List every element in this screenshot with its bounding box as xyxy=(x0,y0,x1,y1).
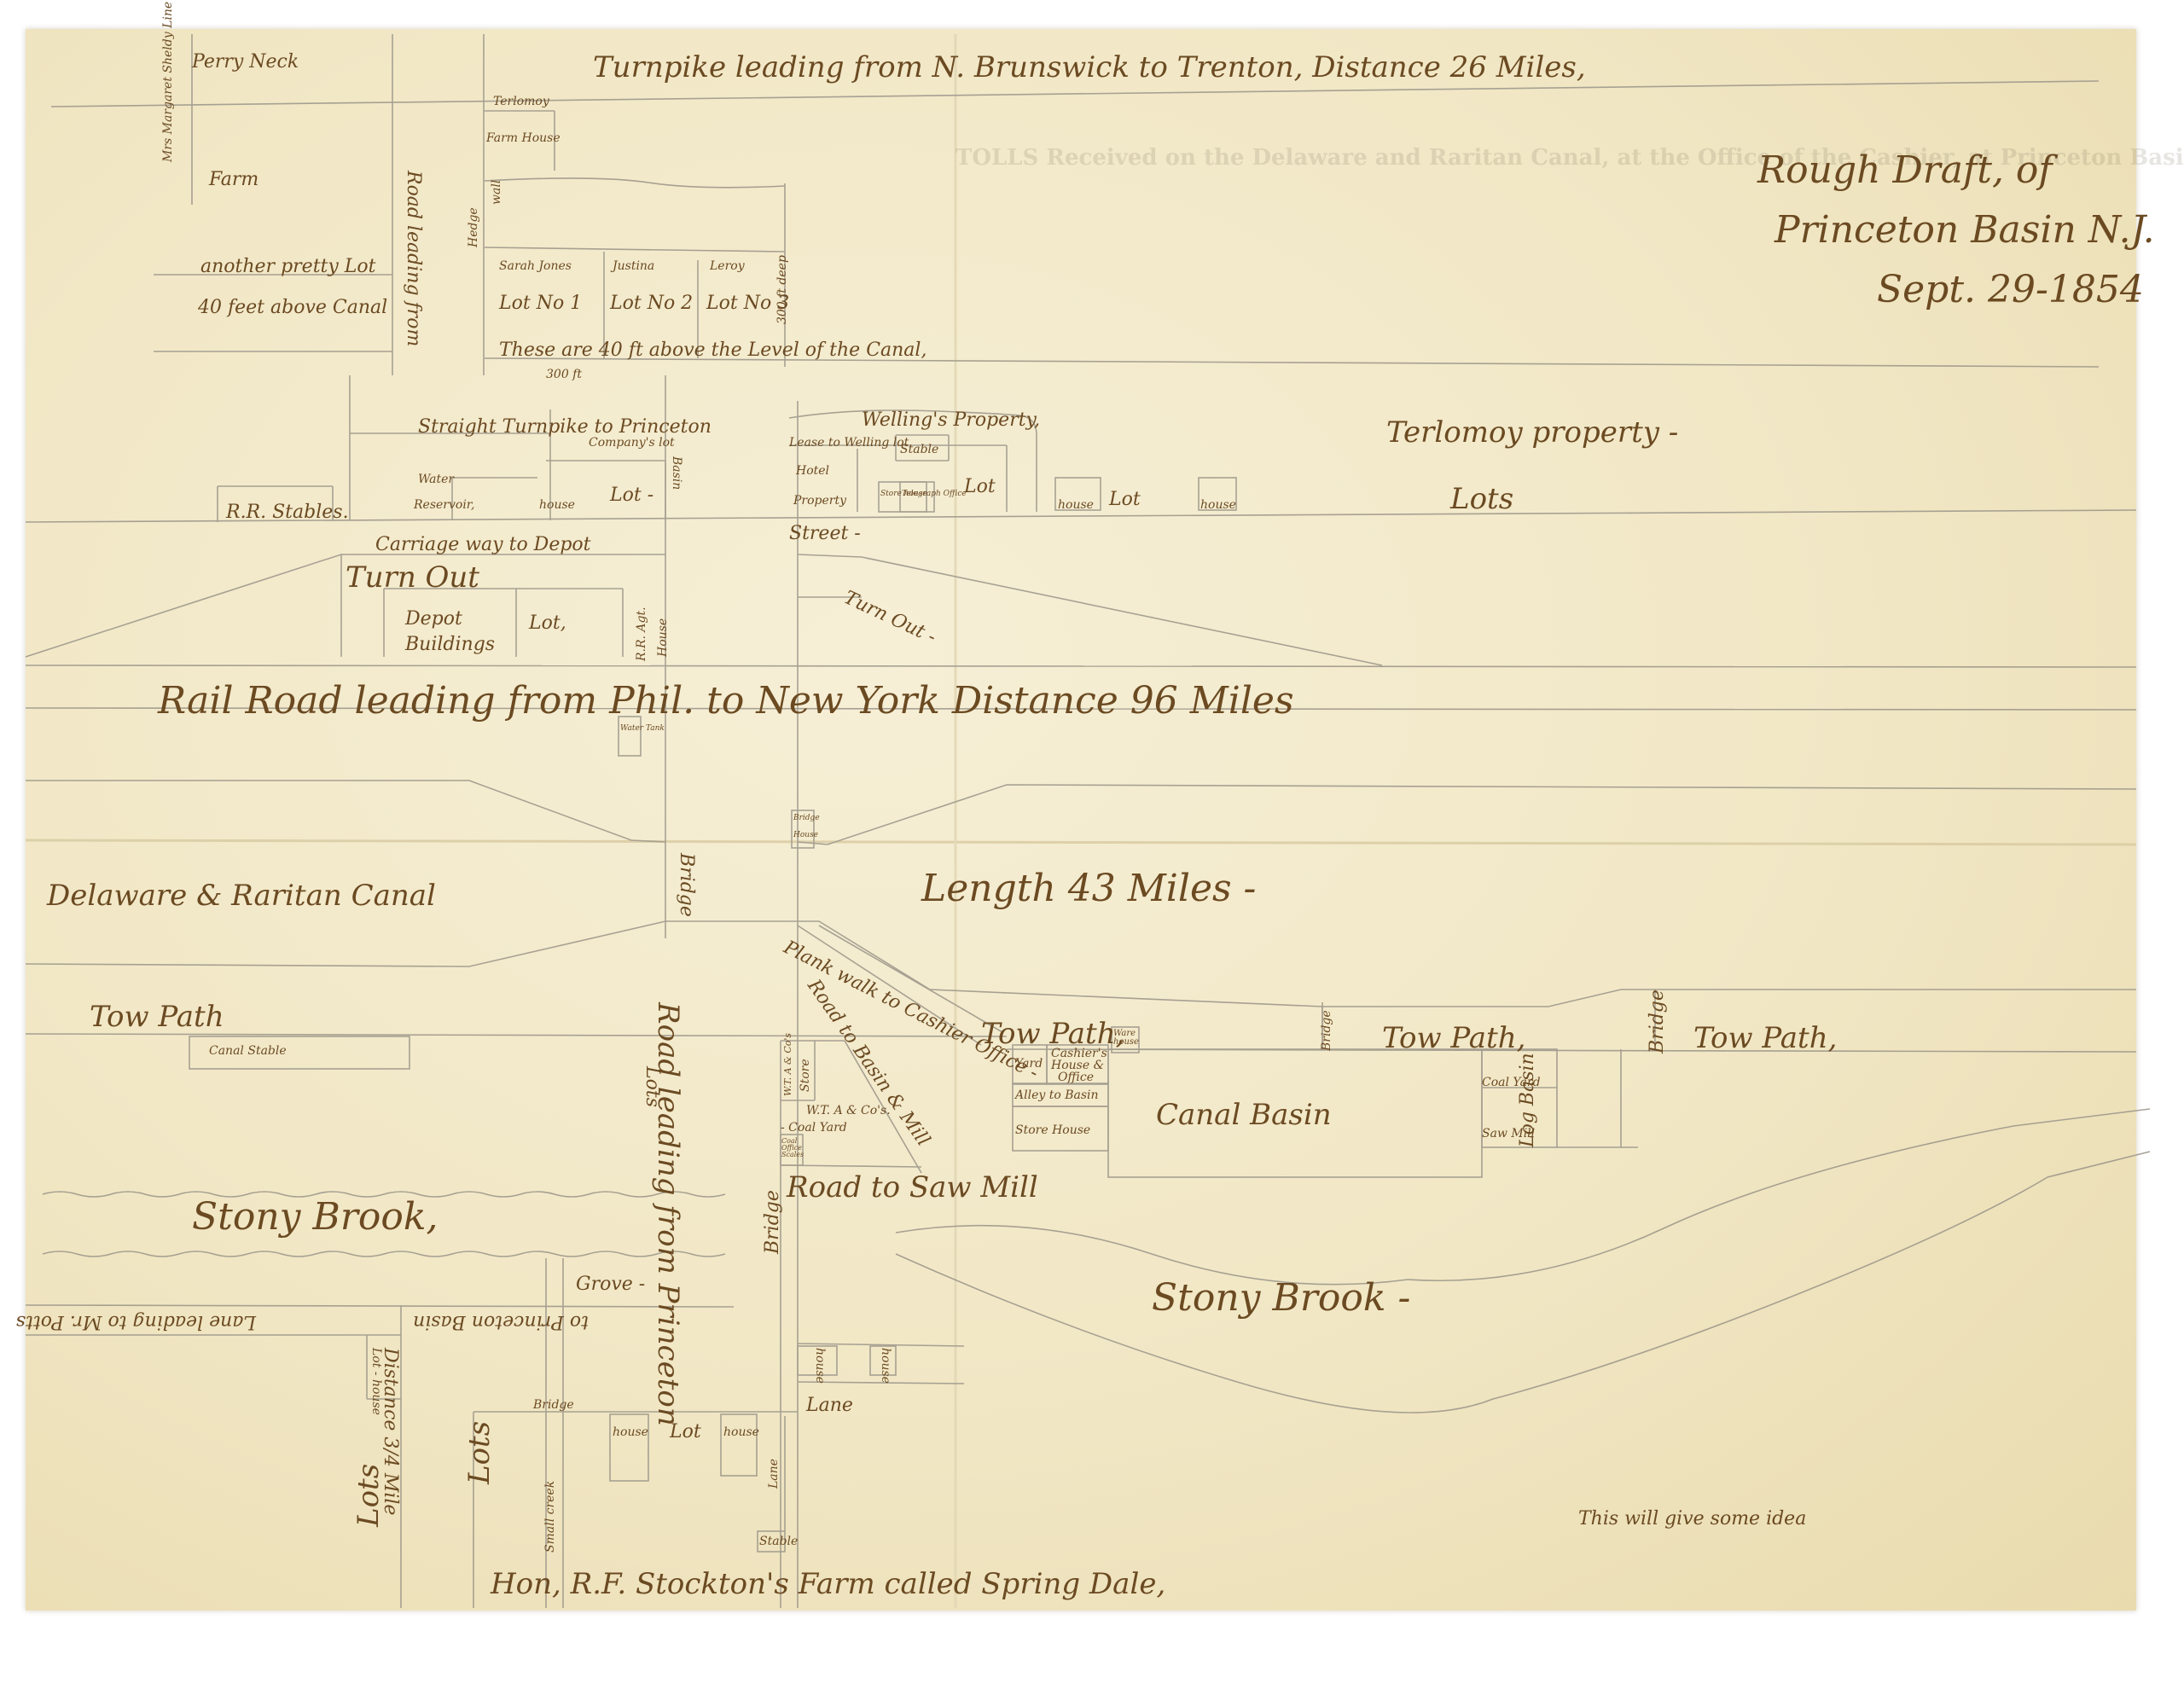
coal-yard-label-2: - Coal Yard xyxy=(781,1122,847,1134)
lot-house-label: Lot - house xyxy=(370,1348,382,1415)
canal-basin-label: Canal Basin xyxy=(1156,1100,1332,1129)
lot-bottom-label: Lot xyxy=(670,1423,701,1442)
alley-label: Alley to Basin xyxy=(1015,1089,1099,1101)
railroad-label: Rail Road leading from Phil. to New York… xyxy=(158,682,1294,720)
stable-bottom-label: Stable xyxy=(759,1535,798,1547)
coal-yard-label-1: W.T. A & Co's. xyxy=(806,1105,891,1117)
house-label: house xyxy=(539,499,575,511)
house-4-label: house xyxy=(880,1348,892,1384)
welling-lot-label: Lot xyxy=(964,478,996,496)
cashiers-label-2: House & xyxy=(1051,1059,1104,1071)
another-lot-label: another pretty Lot xyxy=(200,258,376,276)
water-reservoir-label-1: Water xyxy=(418,473,454,485)
forty-feet-label: 40 feet above Canal xyxy=(198,299,387,317)
bridge-lower-label: Bridge xyxy=(764,1190,782,1254)
cashiers-label-1: Cashier's xyxy=(1051,1048,1107,1059)
hedge-label: Hedge xyxy=(468,207,479,247)
lots-canal-label: Lots xyxy=(642,1066,661,1107)
basin-label: Basin xyxy=(671,456,682,490)
lane-leading-label: Lane leading to Mr. Potts xyxy=(16,1312,256,1331)
stony-brook-right-label: Stony Brook - xyxy=(1152,1280,1410,1317)
depot-label-2: Buildings xyxy=(405,636,495,654)
road-leading-from-label: Road leading from xyxy=(404,171,422,346)
perry-neck-label: Perry Neck xyxy=(192,53,299,72)
mrs-margaret-label: Mrs Margaret Sheldy Line Mark xyxy=(162,0,174,162)
telegraph-office-label: Telegraph Office xyxy=(902,490,967,498)
lot2-owner-label: Justina xyxy=(613,260,654,272)
tow-path-left-label: Tow Path xyxy=(90,1002,224,1031)
wt-store-label-2: Store xyxy=(799,1059,811,1092)
lot3-owner-label: Leroy xyxy=(710,260,745,272)
street-label: Street - xyxy=(789,525,861,543)
store-house-canal-label: Store House xyxy=(1015,1124,1090,1136)
lots-bottom-a-label: Lots xyxy=(354,1464,383,1527)
deep-label: 300 ft deep xyxy=(776,255,788,324)
depot-label-1: Depot xyxy=(405,610,462,629)
stable-label: Stable xyxy=(900,444,938,456)
welling-property-label: Welling's Property, xyxy=(862,411,1040,430)
note-label: This will give some idea xyxy=(1578,1510,1806,1529)
turn-out-left-label: Turn Out xyxy=(346,563,479,592)
lot2-label: Lot No 2 xyxy=(610,294,693,313)
rr-house-label: House xyxy=(657,618,669,657)
cashiers-label-3: Office xyxy=(1058,1071,1094,1083)
title-line-1: Rough Draft, of xyxy=(1757,152,2053,189)
house-1-label: house xyxy=(613,1426,648,1438)
lot1-label: Lot No 1 xyxy=(499,294,582,313)
bridge-house-label-2: House xyxy=(793,832,818,839)
carriage-way-label: Carriage way to Depot xyxy=(375,536,591,554)
title-date: Sept. 29-1854 xyxy=(1877,271,2144,309)
small-creek-label: Small creek xyxy=(544,1481,556,1553)
coal-office-label: Coal Office Scales xyxy=(781,1138,802,1158)
lease-to-welling-label: Lease to Welling lot xyxy=(789,437,909,449)
bridge-bottom-label: Bridge xyxy=(533,1399,574,1411)
to-princeton-basin-label: to Princeton Basin xyxy=(413,1312,589,1331)
bridge-2-label: Bridge xyxy=(1648,990,1667,1053)
title-line-2: Princeton Basin N.J. xyxy=(1774,212,2155,249)
log-basin-label: Log Basin xyxy=(1519,1053,1537,1147)
lots-width-label: 300 ft xyxy=(546,369,582,380)
lots-right-label: Lots xyxy=(1450,485,1513,514)
terlomoy-property-label: Terlomoy property - xyxy=(1386,418,1678,447)
water-reservoir-label-2: Reservoir, xyxy=(414,499,474,511)
lane-horizontal-label: Lane xyxy=(806,1396,853,1415)
hotel-label-2: Property xyxy=(793,495,846,507)
road-to-saw-mill-label: Road to Saw Mill xyxy=(787,1173,1038,1202)
stockton-farm-label: Hon, R.F. Stockton's Farm called Spring … xyxy=(491,1570,1165,1599)
bridge-vertical-label: Bridge xyxy=(677,853,695,917)
farm-label: Farm xyxy=(209,171,258,189)
wt-store-label-1: W.T. A & Co's xyxy=(783,1033,793,1096)
grove-label: Grove - xyxy=(576,1275,645,1294)
straight-turnpike-label: Straight Turnpike to Princeton xyxy=(418,418,712,437)
house-2-label: house xyxy=(723,1426,759,1438)
lot1-owner-label: Sarah Jones xyxy=(499,260,572,272)
rr-stables-label: R.R. Stables. xyxy=(226,503,349,522)
water-tank-label: Water Tank xyxy=(620,725,665,733)
house-3-label: house xyxy=(814,1348,826,1384)
wall-label: wall xyxy=(491,180,502,205)
lot-b-label: Lot xyxy=(1109,490,1141,509)
yard-label: Yard xyxy=(1015,1058,1043,1070)
house-c-label: house xyxy=(1200,499,1236,511)
lots-bottom-b-label: Lots xyxy=(465,1421,494,1484)
tow-path-right1-label: Tow Path, xyxy=(1382,1024,1525,1053)
tow-path-right2-label: Tow Path, xyxy=(1693,1024,1837,1053)
stony-brook-left-label: Stony Brook, xyxy=(192,1199,439,1236)
rr-agent-label: R.R. Agt. xyxy=(636,607,648,661)
house-a-label: house xyxy=(1058,499,1094,511)
tow-path-mid-label: Tow Path, xyxy=(981,1019,1124,1048)
farm-house-label: Farm House xyxy=(486,132,561,144)
canal-stable-label: Canal Stable xyxy=(209,1045,287,1057)
terlomoy-label: Terlomoy xyxy=(493,96,549,107)
lot-depot-label: Lot, xyxy=(529,614,566,633)
ware-house-label: Ware house xyxy=(1113,1030,1139,1047)
bridge-1-label: Bridge xyxy=(1321,1010,1333,1051)
lot-label: Lot - xyxy=(610,486,653,505)
pencil-linework xyxy=(0,0,2184,1689)
company-lot-label: Company's lot xyxy=(589,437,675,449)
lane-vertical-label: Lane xyxy=(768,1459,780,1489)
hotel-label-1: Hotel xyxy=(796,465,829,477)
bridge-house-label-1: Bridge xyxy=(793,815,820,822)
lots-note-label: These are 40 ft above the Level of the C… xyxy=(499,341,926,360)
canal-length-label: Length 43 Miles - xyxy=(921,870,1256,908)
canal-label: Delaware & Raritan Canal xyxy=(47,881,436,910)
turnpike-label: Turnpike leading from N. Brunswick to Tr… xyxy=(593,53,1586,82)
